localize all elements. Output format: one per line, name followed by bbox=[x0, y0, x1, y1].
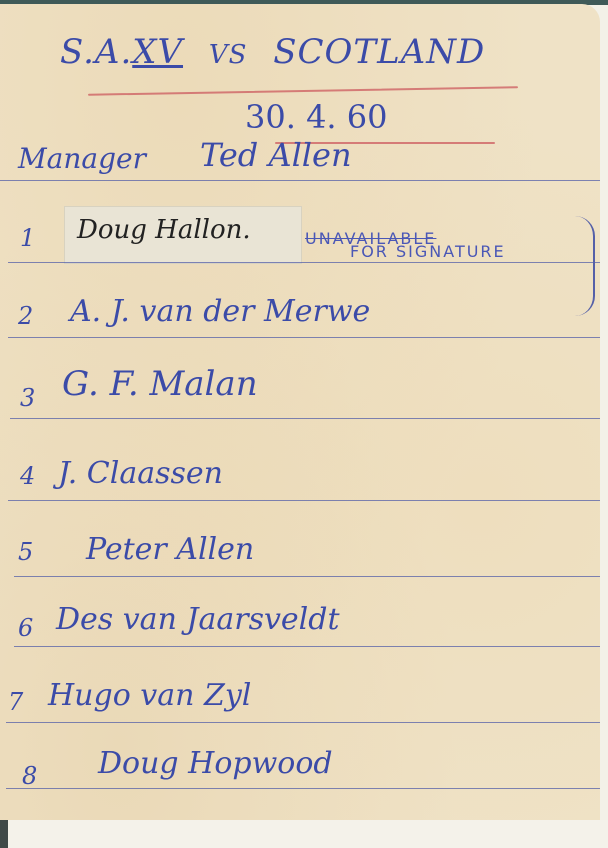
entry-number: 6 bbox=[18, 614, 33, 642]
entry-number: 4 bbox=[20, 462, 35, 490]
ruled-line bbox=[10, 418, 600, 419]
ruled-line bbox=[0, 180, 600, 181]
entry-signature: Des van Jaarsveldt bbox=[56, 602, 340, 637]
title-team: S.A. bbox=[60, 32, 132, 72]
unavailable-note: UNAVAILABLE FOR SIGNATURE bbox=[305, 229, 506, 261]
entry-number: 3 bbox=[20, 384, 35, 412]
ruled-line bbox=[14, 646, 600, 647]
bracket-mark bbox=[575, 216, 595, 316]
entry-signature: A. J. van der Merwe bbox=[70, 294, 370, 329]
ruled-line bbox=[6, 722, 600, 723]
ruled-line bbox=[8, 337, 600, 338]
entry-number: 2 bbox=[18, 302, 33, 330]
ruled-line bbox=[6, 788, 600, 789]
manager-signature: Ted Allen bbox=[200, 136, 352, 174]
entry-signature: Doug Hallon. bbox=[77, 215, 251, 245]
entry-signature: Doug Hopwood bbox=[98, 746, 333, 781]
title-vs: VS bbox=[209, 40, 248, 70]
title: S.A.XV VS SCOTLAND bbox=[60, 32, 485, 72]
autograph-card: S.A.XV VS SCOTLAND 30. 4. 60 Manager Ted… bbox=[0, 4, 600, 830]
entry-signature: Peter Allen bbox=[86, 532, 254, 567]
ruled-line bbox=[8, 262, 600, 263]
background-edge bbox=[0, 820, 608, 848]
entry-number: 7 bbox=[8, 688, 23, 716]
entry-number: 5 bbox=[18, 538, 33, 566]
entry-signature: J. Claassen bbox=[58, 456, 223, 491]
entry-number: 8 bbox=[22, 762, 37, 790]
entry-signature: G. F. Malan bbox=[62, 364, 258, 404]
pasted-signature-slip: Doug Hallon. bbox=[64, 206, 302, 264]
entry-number: 1 bbox=[20, 224, 35, 252]
title-opponent: SCOTLAND bbox=[273, 32, 485, 72]
entry-signature: Hugo van Zyl bbox=[48, 678, 251, 713]
ruled-line bbox=[14, 576, 600, 577]
note-text: FOR SIGNATURE bbox=[350, 242, 506, 261]
title-team-suffix: XV bbox=[132, 32, 183, 72]
red-underline-title bbox=[88, 86, 518, 96]
match-date: 30. 4. 60 bbox=[245, 98, 387, 136]
ruled-line bbox=[8, 500, 600, 501]
manager-label: Manager bbox=[18, 142, 146, 175]
